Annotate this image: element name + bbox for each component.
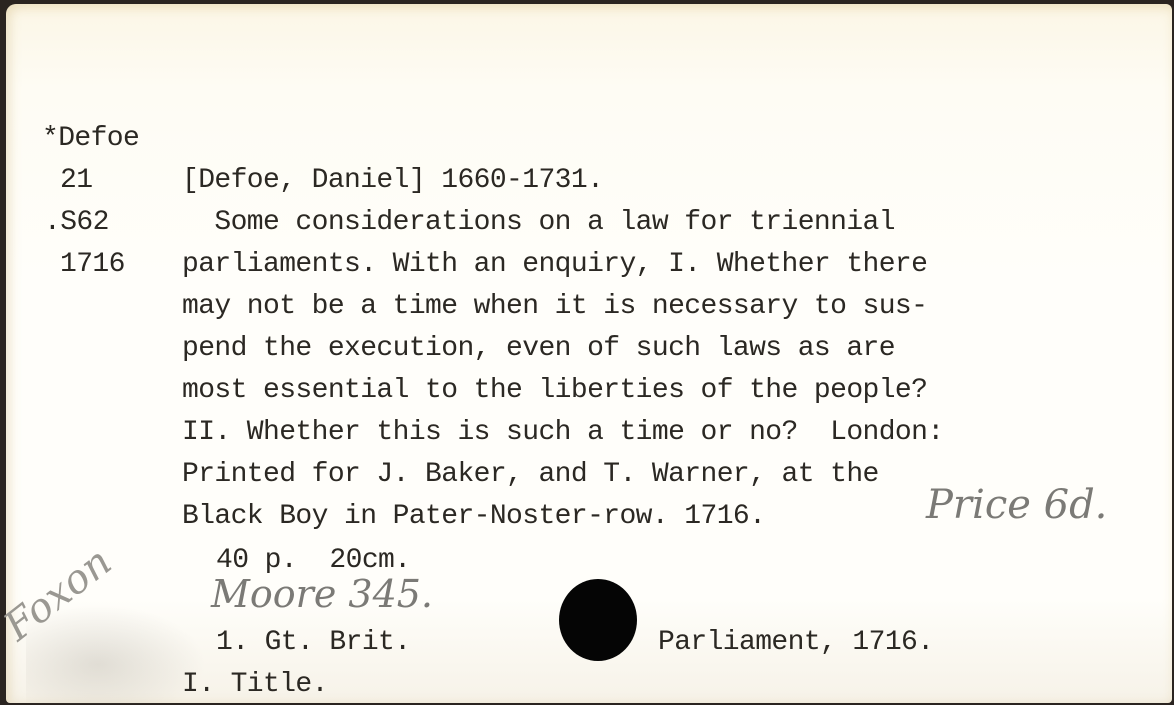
call-number-line-1: *Defoe	[42, 118, 139, 160]
call-number-line-3: .S62	[44, 202, 109, 244]
title-line-3: may not be a time when it is necessary t…	[182, 286, 927, 328]
title-tracing: I. Title.	[182, 664, 328, 705]
catalog-card: *Defoe 21 .S62 1716 [Defoe, Daniel] 1660…	[6, 4, 1172, 703]
call-number-line-2: 21	[60, 160, 92, 202]
imprint-line-2: Black Boy in Pater-Noster-row. 1716.	[182, 496, 765, 538]
subject-tracing-continued: Parliament, 1716.	[658, 622, 933, 664]
title-line-6: II. Whether this is such a time or no? L…	[182, 412, 944, 454]
title-line-2: parliaments. With an enquiry, I. Whether…	[182, 244, 927, 286]
title-line-5: most essential to the liberties of the p…	[182, 370, 927, 412]
title-line-1: Some considerations on a law for trienni…	[182, 202, 895, 244]
handwritten-reference: Moore 345.	[211, 572, 433, 616]
imprint-line-1: Printed for J. Baker, and T. Warner, at …	[182, 454, 879, 496]
title-line-4: pend the execution, even of such laws as…	[182, 328, 895, 370]
call-number-line-4: 1716	[60, 244, 125, 286]
handwritten-price: Price 6d.	[926, 482, 1107, 528]
author-heading: [Defoe, Daniel] 1660-1731.	[182, 160, 603, 202]
punch-hole	[559, 579, 637, 661]
subject-tracing: 1. Gt. Brit.	[216, 622, 410, 664]
